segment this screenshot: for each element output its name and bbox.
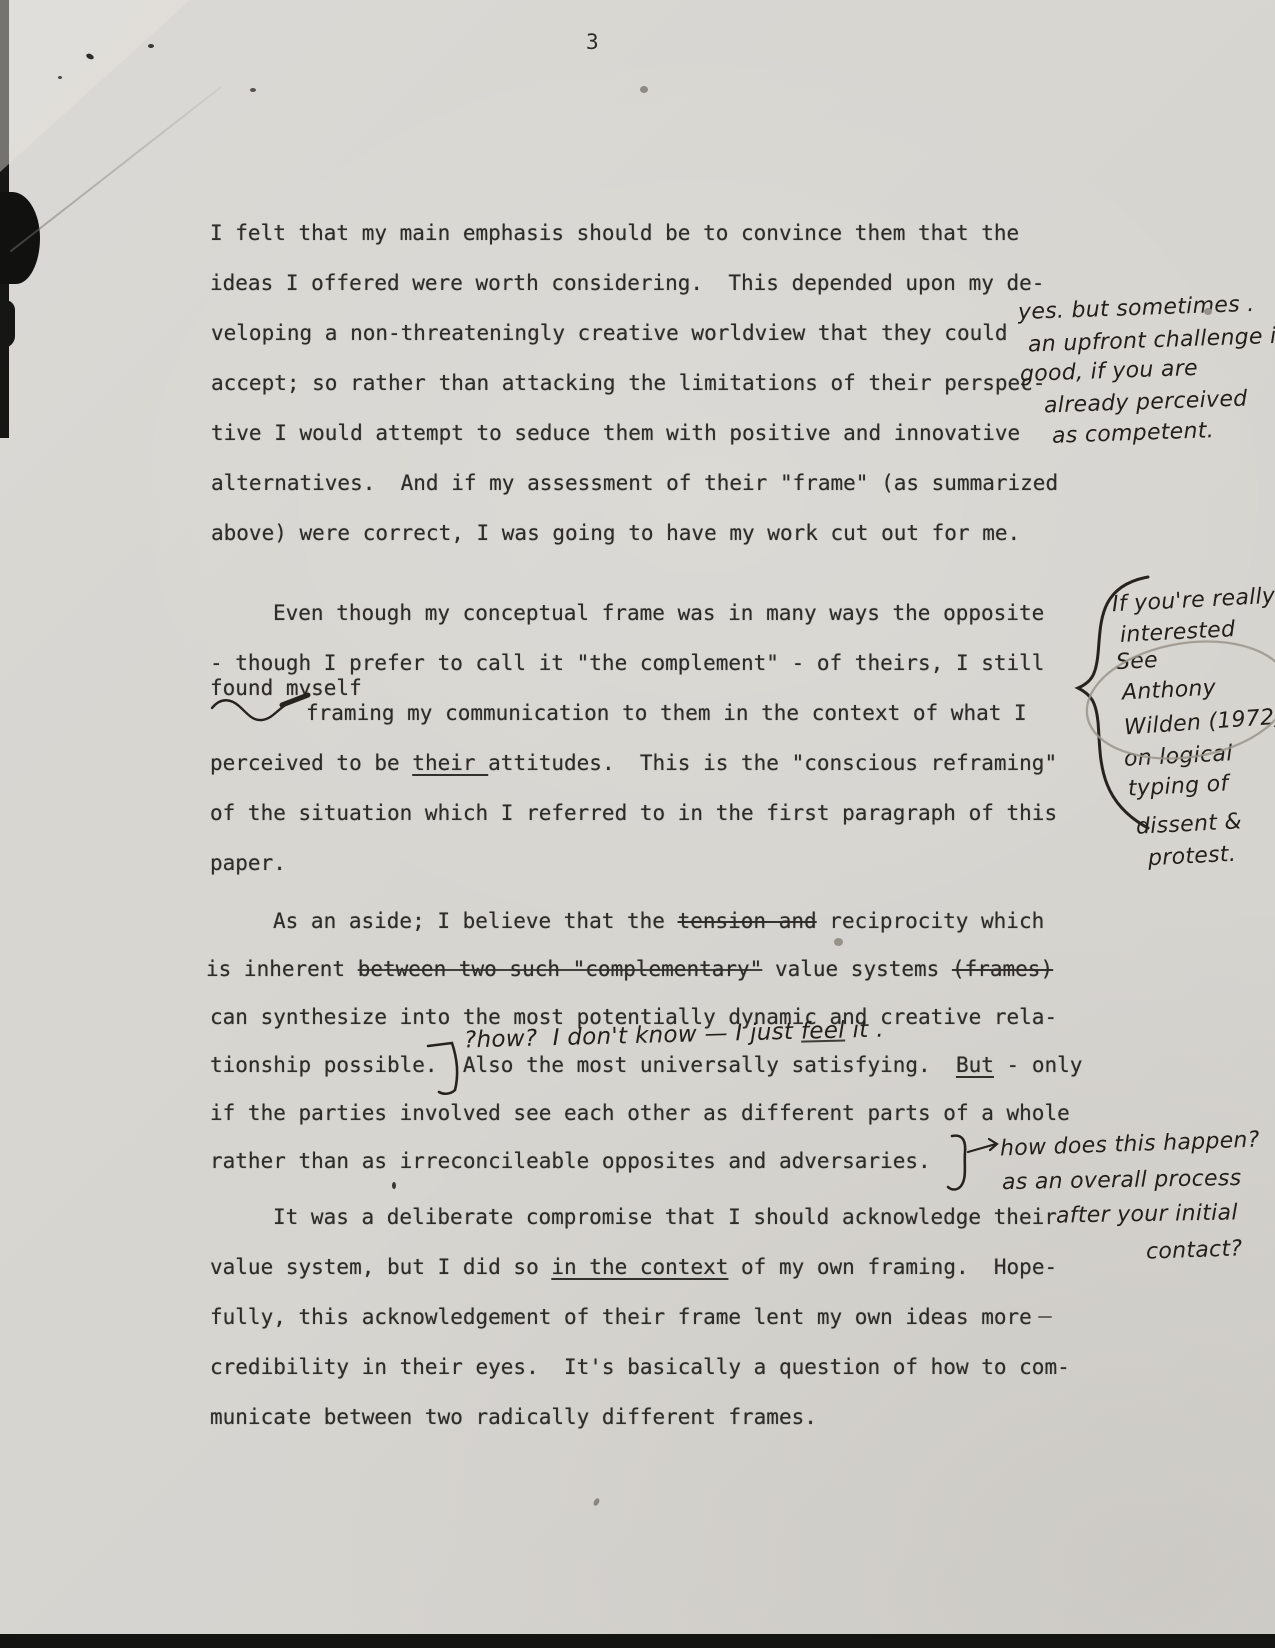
speck (250, 88, 256, 92)
scan-edge-bottom (0, 1634, 1275, 1648)
typed-line: It was a deliberate compromise that I sh… (273, 1204, 1057, 1231)
typed-line: paper. (210, 850, 286, 877)
note-line: dissent & (1135, 809, 1242, 841)
note-line: contact? (1146, 1236, 1243, 1265)
typed-line: As an aside; I believe that the tension … (273, 908, 1044, 935)
typed-line: Even though my conceptual frame was in m… (273, 600, 1044, 627)
speck (834, 938, 843, 946)
typed-line: framing my communication to them in the … (306, 700, 1027, 727)
typed-line: is inherent between two such "complement… (206, 956, 1053, 983)
note-line: as an overall process (1002, 1166, 1242, 1196)
typed-line: ideas I offered were worth considering. … (210, 270, 1044, 297)
speck (1204, 308, 1212, 315)
typed-line: above) were correct, I was going to have… (211, 520, 1020, 547)
typed-line: accept; so rather than attacking the lim… (211, 370, 1045, 397)
note-line: See (1115, 648, 1158, 676)
page-number: 3 (586, 30, 599, 54)
typed-line: credibility in their eyes. It's basicall… (210, 1354, 1070, 1381)
typed-line: veloping a non-threateningly creative wo… (211, 320, 1008, 347)
typed-line: - though I prefer to call it "the comple… (210, 650, 1044, 677)
speck (640, 86, 648, 93)
typed-line: alternatives. And if my assessment of th… (211, 470, 1058, 497)
typed-line: perceived to be their attitudes. This is… (210, 750, 1057, 777)
typed-line: value system, but I did so in the contex… (210, 1254, 1057, 1281)
scanned-document: { "page": { "number": "3", "paper_color"… (0, 0, 1275, 1648)
typed-line: tionship possible. Also the most univers… (210, 1052, 1082, 1079)
typed-line: I felt that my main emphasis should be t… (210, 220, 1019, 247)
speck (392, 1182, 396, 1189)
note-line: after your initial (1056, 1200, 1238, 1229)
note-line: typing of (1127, 771, 1229, 802)
typed-line: tive I would attempt to seduce them with… (211, 420, 1020, 447)
speck (1038, 1316, 1052, 1318)
typed-line: municate between two radically different… (210, 1404, 817, 1431)
typed-line: of the situation which I referred to in … (210, 800, 1057, 827)
speck (148, 44, 154, 48)
note-line: Anthony (1121, 676, 1216, 707)
scan-blob (0, 300, 15, 348)
note-line: protest. (1147, 842, 1236, 873)
typed-line: if the parties involved see each other a… (210, 1100, 1070, 1127)
typed-line-insert: found myself (210, 675, 362, 702)
typed-line: fully, this acknowledgement of their fra… (210, 1304, 1032, 1331)
speck (58, 76, 62, 79)
typed-line: rather than as irreconcileable opposites… (210, 1148, 931, 1175)
